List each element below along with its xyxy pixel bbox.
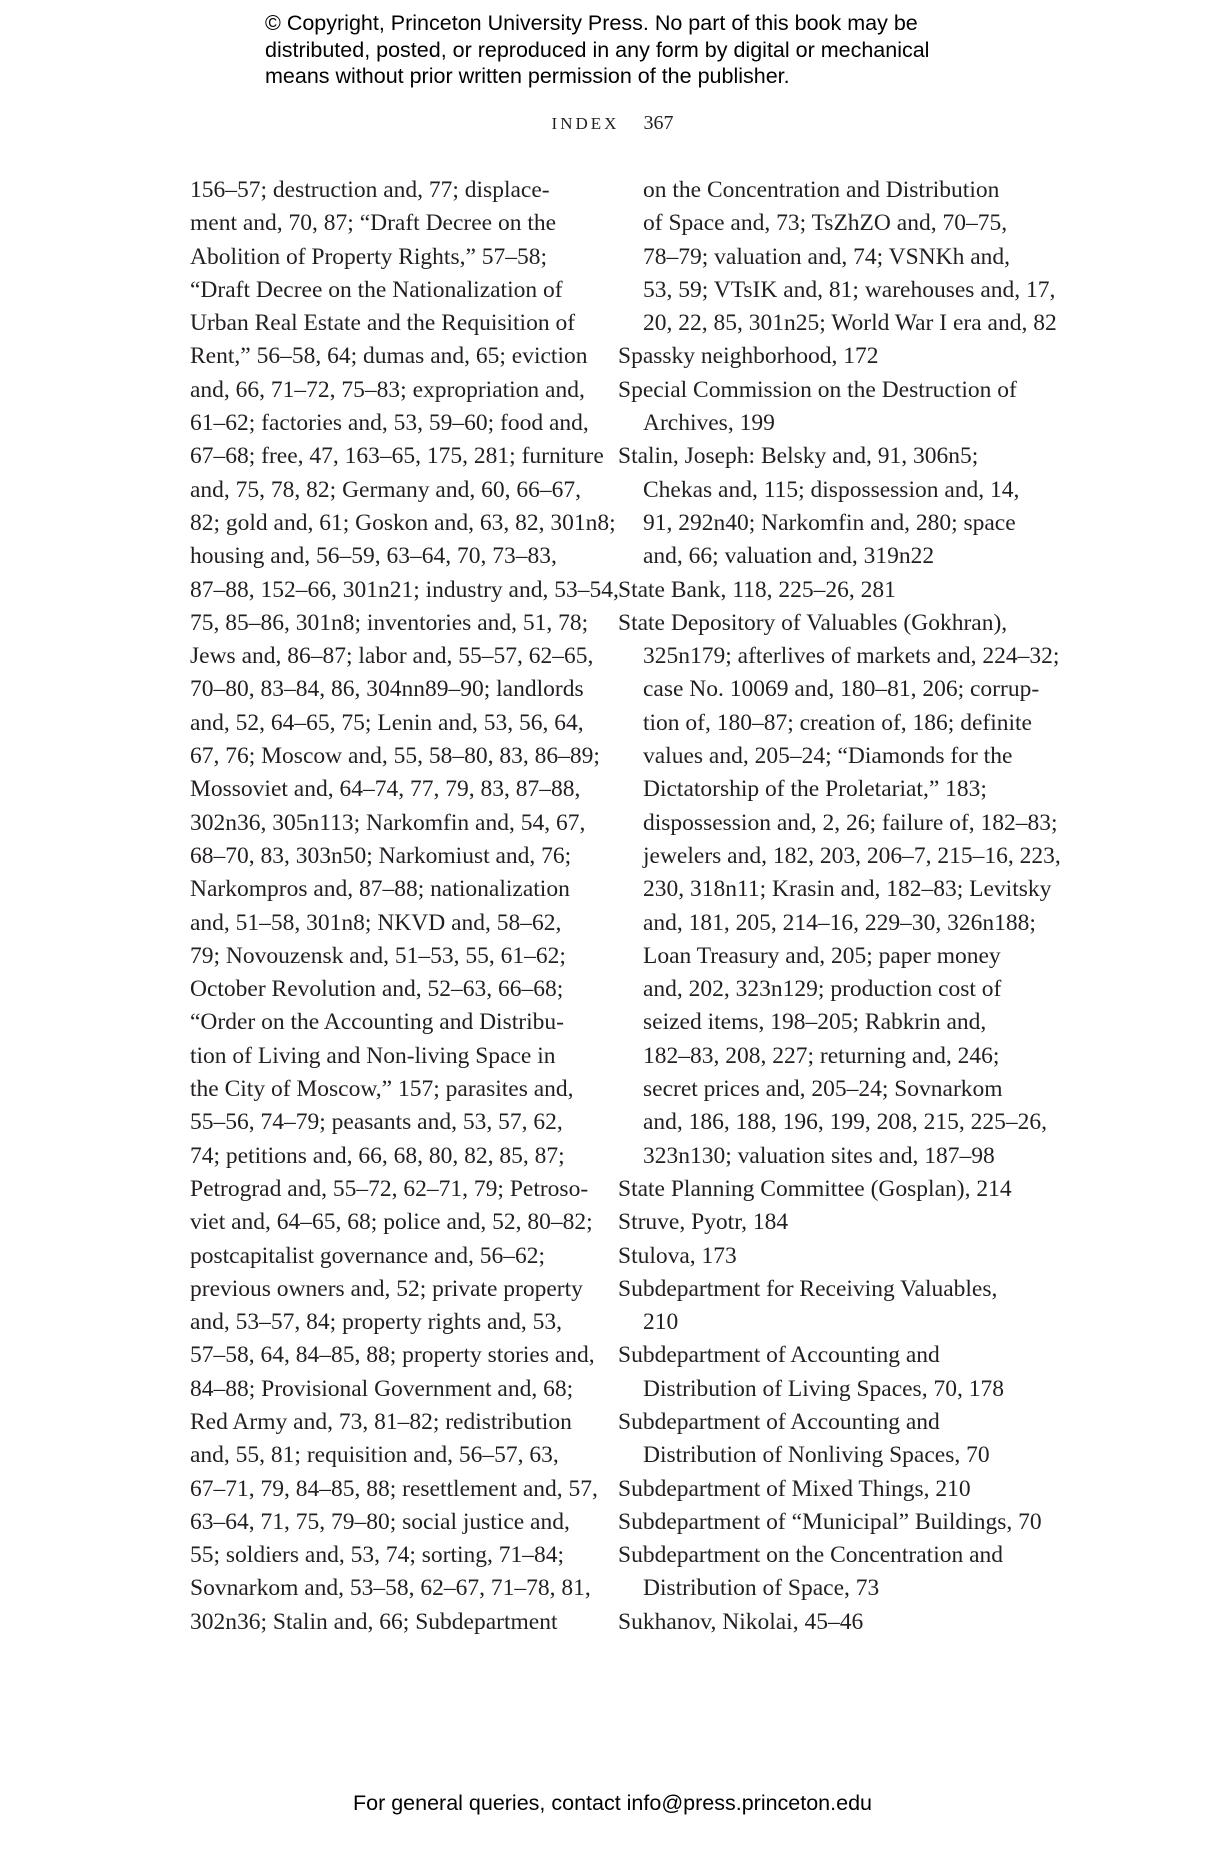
footer-contact: For general queries, contact info@press.… <box>0 1791 1225 1816</box>
index-entry-line: and, 66, 71–72, 75–83; expropriation and… <box>190 374 590 407</box>
index-entry-line: the City of Moscow,” 157; parasites and, <box>190 1073 590 1106</box>
index-entry-line: 70–80, 83–84, 86, 304nn89–90; landlords <box>190 673 590 706</box>
index-subentry-line: Distribution of Living Spaces, 70, 178 <box>618 1373 1048 1406</box>
index-subentry-line: 78–79; valuation and, 74; VSNKh and, <box>618 241 1048 274</box>
index-subentry-line: of Space and, 73; TsZhZO and, 70–75, <box>618 207 1048 240</box>
index-subentry-line: 53, 59; VTsIK and, 81; warehouses and, 1… <box>618 274 1048 307</box>
index-subentry-line: on the Concentration and Distribution <box>618 174 1048 207</box>
index-entry-line: October Revolution and, 52–63, 66–68; <box>190 973 590 1006</box>
index-entry-line: “Draft Decree on the Nationalization of <box>190 274 590 307</box>
index-subentry-line: and, 181, 205, 214–16, 229–30, 326n188; <box>618 907 1048 940</box>
index-subentry-line: 210 <box>618 1306 1048 1339</box>
index-entry-line: viet and, 64–65, 68; police and, 52, 80–… <box>190 1206 590 1239</box>
index-entry-line: and, 51–58, 301n8; NKVD and, 58–62, <box>190 907 590 940</box>
index-entry-line: 67–71, 79, 84–85, 88; resettlement and, … <box>190 1473 590 1506</box>
index-entry-line: 68–70, 83, 303n50; Narkomiust and, 76; <box>190 840 590 873</box>
index-entry-line: previous owners and, 52; private propert… <box>190 1273 590 1306</box>
index-entry-line: Narkompros and, 87–88; nationalization <box>190 873 590 906</box>
index-entry-line: and, 55, 81; requisition and, 56–57, 63, <box>190 1439 590 1472</box>
index-subentry-line: seized items, 198–205; Rabkrin and, <box>618 1006 1048 1039</box>
index-entry-line: Sovnarkom and, 53–58, 62–67, 71–78, 81, <box>190 1572 590 1605</box>
index-entry-line: Abolition of Property Rights,” 57–58; <box>190 241 590 274</box>
index-subentry-line: 325n179; afterlives of markets and, 224–… <box>618 640 1048 673</box>
index-subentry-line: tion of, 180–87; creation of, 186; defin… <box>618 707 1048 740</box>
index-column-left: 156–57; destruction and, 77; displace-me… <box>190 174 590 1639</box>
index-subentry-line: Loan Treasury and, 205; paper money <box>618 940 1048 973</box>
index-entry-line: 67–68; free, 47, 163–65, 175, 281; furni… <box>190 440 590 473</box>
copyright-notice: © Copyright, Princeton University Press.… <box>265 10 985 90</box>
index-subentry-line: 182–83, 208, 227; returning and, 246; <box>618 1040 1048 1073</box>
index-subentry-line: Dictatorship of the Proletariat,” 183; <box>618 773 1048 806</box>
index-entry-line: postcapitalist governance and, 56–62; <box>190 1240 590 1273</box>
index-entry-line: 87–88, 152–66, 301n21; industry and, 53–… <box>190 574 590 607</box>
index-entry-line: 84–88; Provisional Government and, 68; <box>190 1373 590 1406</box>
index-entry-line: 79; Novouzensk and, 51–53, 55, 61–62; <box>190 940 590 973</box>
index-subentry-line: 91, 292n40; Narkomfin and, 280; space <box>618 507 1048 540</box>
index-entry-line: Subdepartment on the Concentration and <box>618 1539 1048 1572</box>
index-entry-line: and, 75, 78, 82; Germany and, 60, 66–67, <box>190 474 590 507</box>
index-entry-line: tion of Living and Non-living Space in <box>190 1040 590 1073</box>
index-subentry-line: dispossession and, 2, 26; failure of, 18… <box>618 807 1048 840</box>
index-entry-line: Subdepartment of “Municipal” Buildings, … <box>618 1506 1048 1539</box>
index-entry-line: 74; petitions and, 66, 68, 80, 82, 85, 8… <box>190 1140 590 1173</box>
index-entry-line: 302n36; Stalin and, 66; Subdepartment <box>190 1606 590 1639</box>
index-entry-line: Special Commission on the Destruction of <box>618 374 1048 407</box>
index-entry-line: 61–62; factories and, 53, 59–60; food an… <box>190 407 590 440</box>
index-entry-line: 67, 76; Moscow and, 55, 58–80, 83, 86–89… <box>190 740 590 773</box>
index-entry-line: Petrograd and, 55–72, 62–71, 79; Petroso… <box>190 1173 590 1206</box>
index-entry-line: Struve, Pyotr, 184 <box>618 1206 1048 1239</box>
index-entry-line: 75, 85–86, 301n8; inventories and, 51, 7… <box>190 607 590 640</box>
index-entry-line: State Bank, 118, 225–26, 281 <box>618 574 1048 607</box>
index-entry-line: Subdepartment of Accounting and <box>618 1406 1048 1439</box>
index-entry-line: Subdepartment of Mixed Things, 210 <box>618 1473 1048 1506</box>
index-subentry-line: and, 186, 188, 196, 199, 208, 215, 225–2… <box>618 1106 1048 1139</box>
copyright-line: distributed, posted, or reproduced in an… <box>265 37 985 64</box>
copyright-line: means without prior written permission o… <box>265 63 985 90</box>
index-entry-line: 57–58, 64, 84–85, 88; property stories a… <box>190 1339 590 1372</box>
index-entry-line: Mossoviet and, 64–74, 77, 79, 83, 87–88, <box>190 773 590 806</box>
index-entry-line: 55–56, 74–79; peasants and, 53, 57, 62, <box>190 1106 590 1139</box>
index-subentry-line: and, 202, 323n129; production cost of <box>618 973 1048 1006</box>
index-entry-line: Spassky neighborhood, 172 <box>618 340 1048 373</box>
index-entry-line: Subdepartment for Receiving Valuables, <box>618 1273 1048 1306</box>
index-entry-line: housing and, 56–59, 63–64, 70, 73–83, <box>190 540 590 573</box>
index-entry-line: 63–64, 71, 75, 79–80; social justice and… <box>190 1506 590 1539</box>
index-entry-line: 55; soldiers and, 53, 74; sorting, 71–84… <box>190 1539 590 1572</box>
index-entry-line: State Planning Committee (Gosplan), 214 <box>618 1173 1048 1206</box>
index-subentry-line: Chekas and, 115; dispossession and, 14, <box>618 474 1048 507</box>
copyright-line: © Copyright, Princeton University Press.… <box>265 10 985 37</box>
index-entry-line: and, 53–57, 84; property rights and, 53, <box>190 1306 590 1339</box>
index-subentry-line: Distribution of Space, 73 <box>618 1572 1048 1605</box>
running-head: INDEX367 <box>0 112 1225 135</box>
index-subentry-line: 230, 318n11; Krasin and, 182–83; Levitsk… <box>618 873 1048 906</box>
index-entry-line: ment and, 70, 87; “Draft Decree on the <box>190 207 590 240</box>
index-entry-line: Urban Real Estate and the Requisition of <box>190 307 590 340</box>
index-entry-line: 82; gold and, 61; Goskon and, 63, 82, 30… <box>190 507 590 540</box>
index-subentry-line: Distribution of Nonliving Spaces, 70 <box>618 1439 1048 1472</box>
index-entry-line: Subdepartment of Accounting and <box>618 1339 1048 1372</box>
index-subentry-line: values and, 205–24; “Diamonds for the <box>618 740 1048 773</box>
index-entry-line: Sukhanov, Nikolai, 45–46 <box>618 1606 1048 1639</box>
index-entry-line: Stalin, Joseph: Belsky and, 91, 306n5; <box>618 440 1048 473</box>
index-subentry-line: 20, 22, 85, 301n25; World War I era and,… <box>618 307 1048 340</box>
index-entry-line: 302n36, 305n113; Narkomfin and, 54, 67, <box>190 807 590 840</box>
page-number: 367 <box>643 112 673 134</box>
index-column-right: on the Concentration and Distributionof … <box>618 174 1048 1639</box>
index-entry-line: “Order on the Accounting and Distribu- <box>190 1006 590 1039</box>
index-entry-line: Rent,” 56–58, 64; dumas and, 65; evictio… <box>190 340 590 373</box>
index-entry-line: State Depository of Valuables (Gokhran), <box>618 607 1048 640</box>
index-subentry-line: Archives, 199 <box>618 407 1048 440</box>
index-subentry-line: jewelers and, 182, 203, 206–7, 215–16, 2… <box>618 840 1048 873</box>
index-entry-line: 156–57; destruction and, 77; displace- <box>190 174 590 207</box>
index-subentry-line: case No. 10069 and, 180–81, 206; corrup- <box>618 673 1048 706</box>
index-entry-line: Red Army and, 73, 81–82; redistribution <box>190 1406 590 1439</box>
index-entry-line: and, 52, 64–65, 75; Lenin and, 53, 56, 6… <box>190 707 590 740</box>
index-entry-line: Jews and, 86–87; labor and, 55–57, 62–65… <box>190 640 590 673</box>
index-entry-line: Stulova, 173 <box>618 1240 1048 1273</box>
index-subentry-line: and, 66; valuation and, 319n22 <box>618 540 1048 573</box>
index-subentry-line: secret prices and, 205–24; Sovnarkom <box>618 1073 1048 1106</box>
section-label: INDEX <box>552 114 620 133</box>
index-subentry-line: 323n130; valuation sites and, 187–98 <box>618 1140 1048 1173</box>
